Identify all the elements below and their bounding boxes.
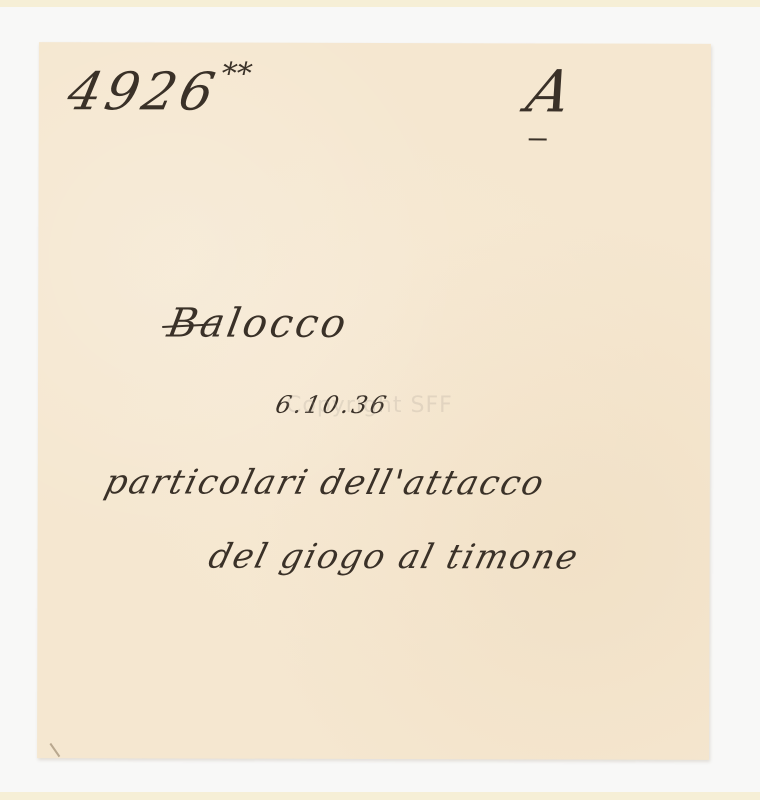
catalog-stars-mark: ** bbox=[217, 56, 255, 91]
catalog-number-value: 4926 bbox=[62, 62, 223, 122]
series-underscore-mark bbox=[529, 138, 547, 140]
bottom-mount-strip bbox=[0, 792, 760, 800]
description-line-2: del giogo al timone bbox=[205, 537, 584, 578]
author-name: Balocco bbox=[164, 300, 352, 346]
white-mount: 4926** A Balocco 6.10.36 particolari del… bbox=[0, 7, 760, 792]
description-line-1: particolari dell'attacco bbox=[101, 462, 550, 503]
series-letter: A bbox=[520, 57, 580, 125]
catalog-number: 4926** bbox=[62, 62, 253, 122]
copyright-watermark: Copyright SFF bbox=[286, 393, 453, 418]
top-mount-strip bbox=[0, 0, 760, 7]
card-corner-mark bbox=[50, 742, 60, 756]
